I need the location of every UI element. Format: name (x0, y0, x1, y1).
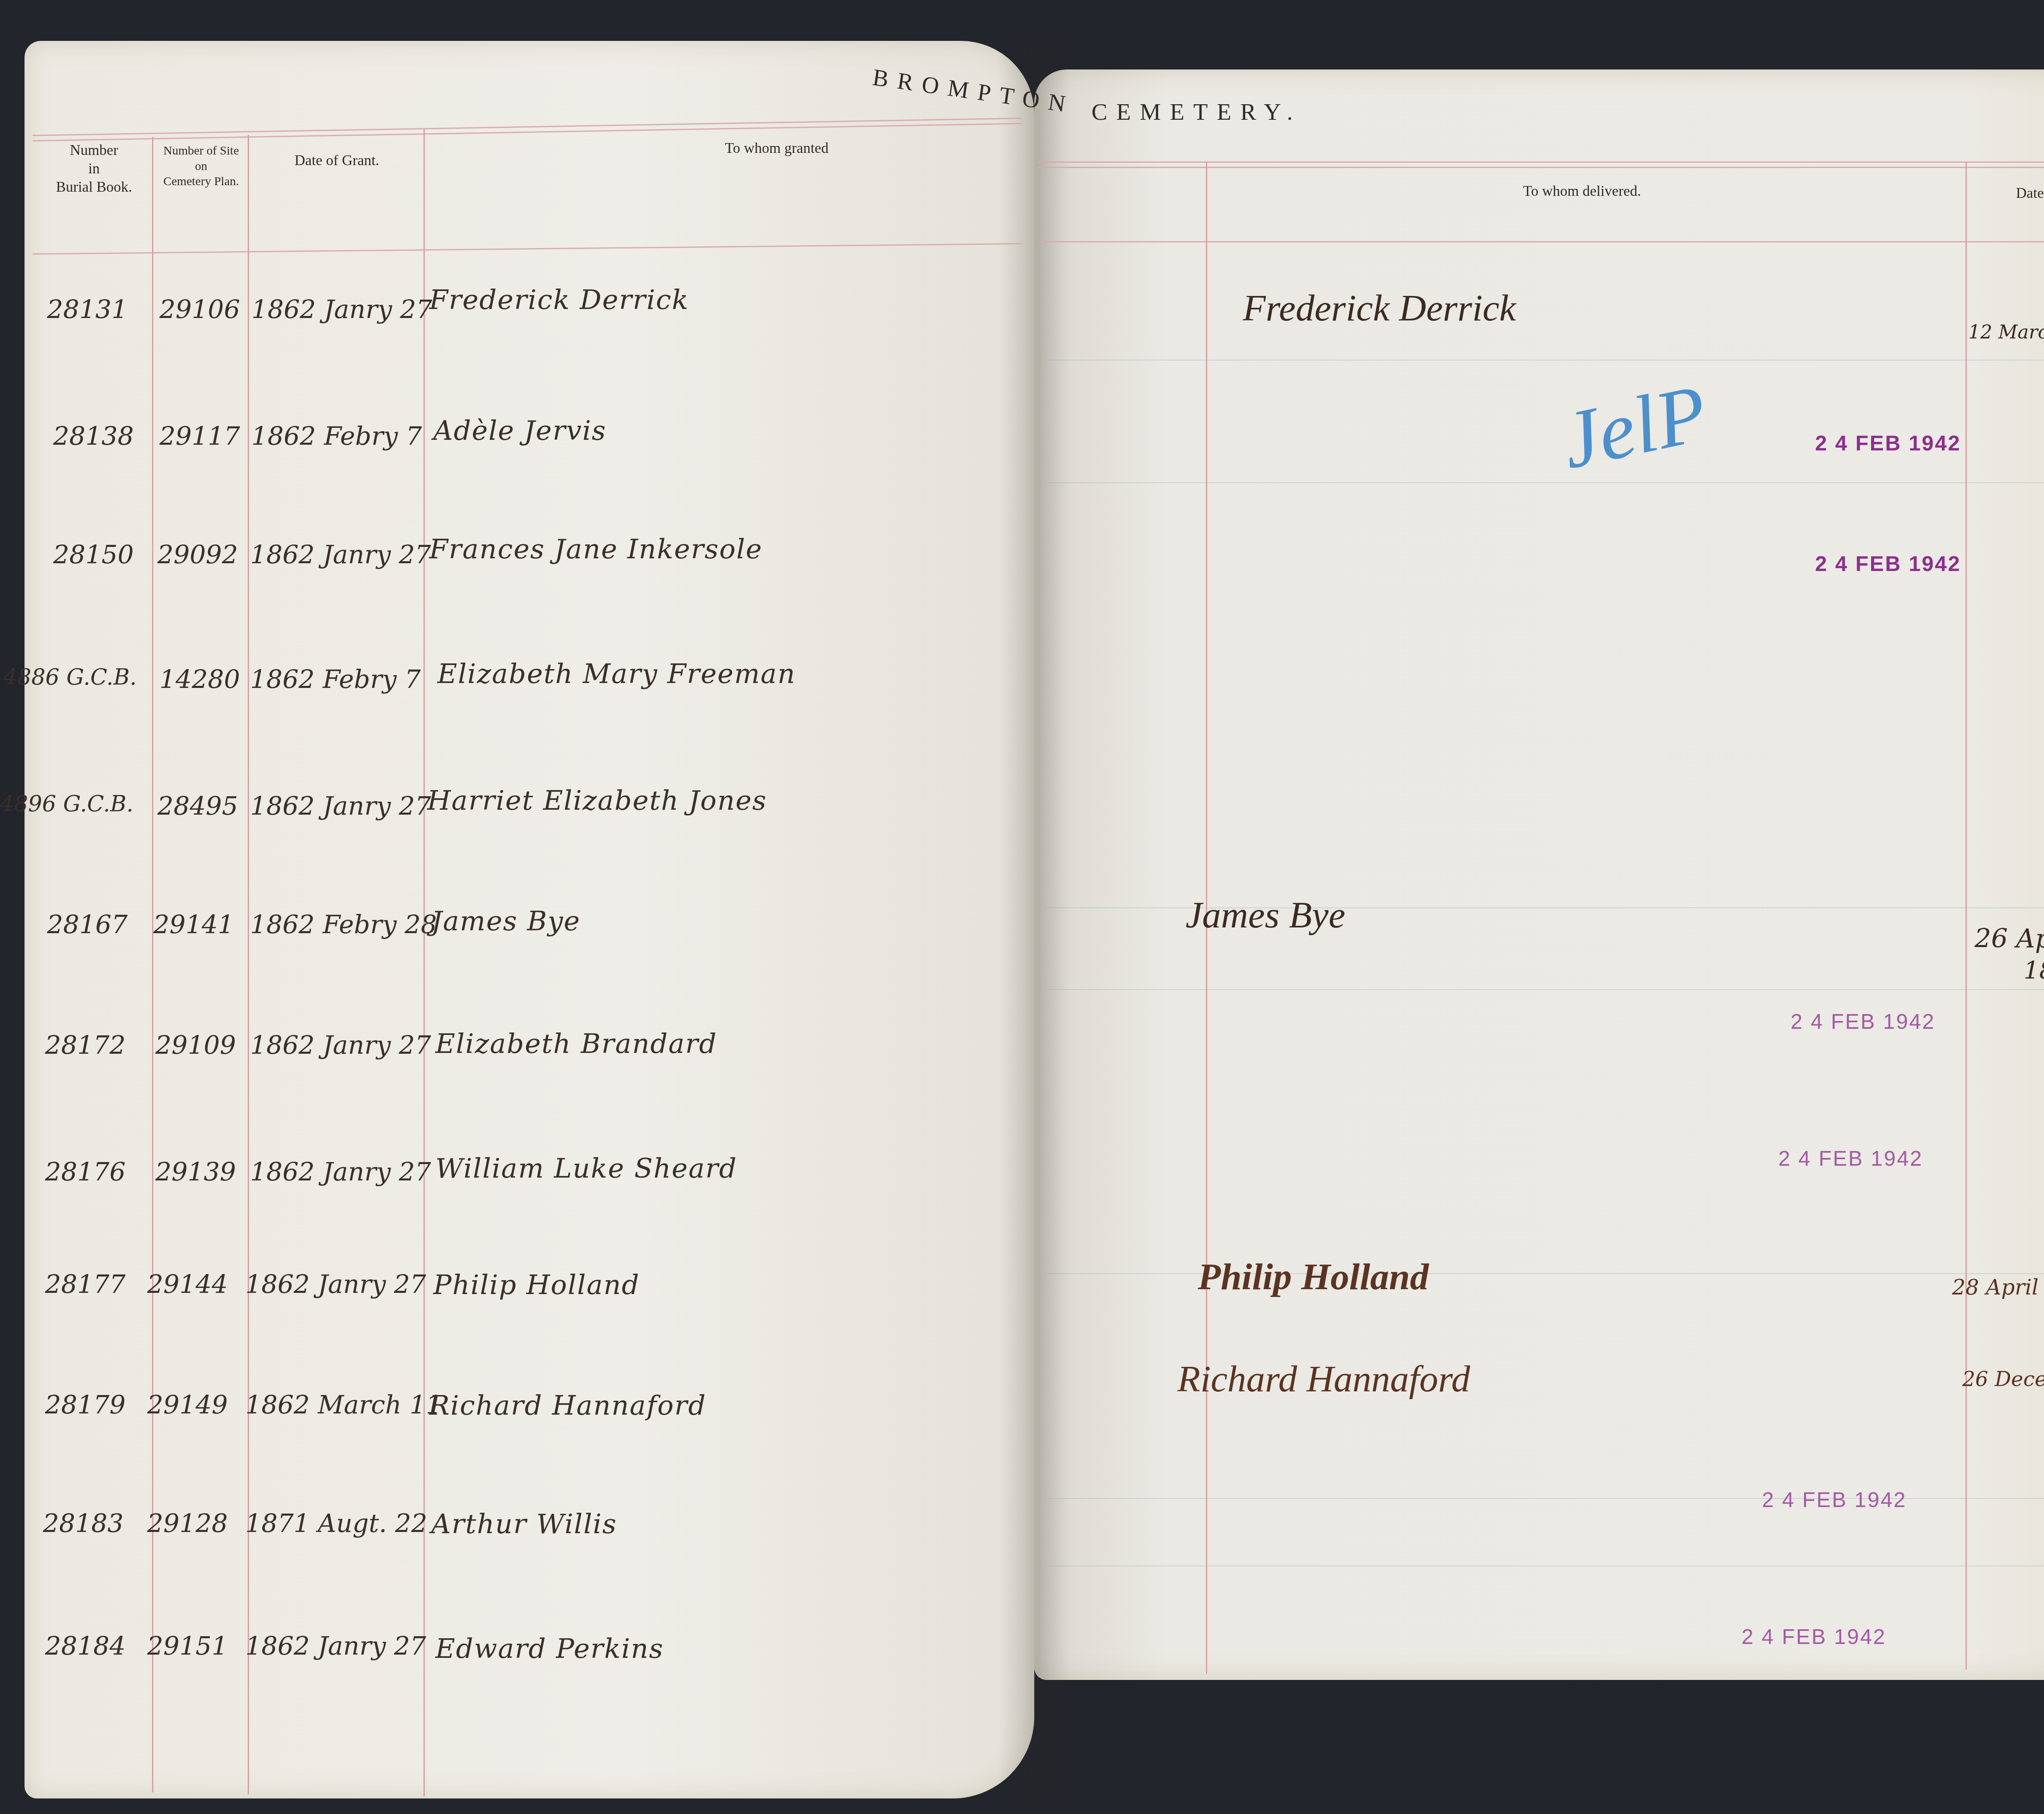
grant-date: 1862 Janry 27 (251, 294, 433, 324)
date-stamp: 2 4 FEB 1942 (1762, 1488, 1907, 1512)
grantee-name: James Bye (431, 905, 580, 937)
grant-date: 1862 Febry 7 (251, 421, 422, 451)
header-to-whom-delivered: To whom delivered. (1439, 182, 1725, 200)
header-line: on (155, 159, 248, 174)
grantee-name: William Luke Sheard (435, 1153, 737, 1184)
writing-line (1047, 482, 2044, 483)
grantee-name: Frederick Derrick (429, 284, 689, 316)
burial-number: 28183 (43, 1508, 123, 1538)
header-to-whom-granted: To whom granted (654, 139, 899, 157)
delivery-date: 28 April 1862 (1952, 1275, 2044, 1300)
recipient-signature: Richard Hannaford (1177, 1357, 1470, 1400)
delivery-date-line1: 26 April (1975, 924, 2044, 954)
header-line: in (37, 159, 151, 178)
burial-number: 28179 (45, 1390, 126, 1420)
grant-date: 1862 Janry 27 (245, 1631, 426, 1661)
site-number: 28495 (157, 791, 238, 821)
grantee-name: Philip Holland (433, 1269, 640, 1301)
site-number: 29144 (147, 1269, 228, 1299)
grant-date: 1862 Febry 7 (250, 664, 421, 694)
burial-number: 28131 (47, 294, 128, 324)
header-site-number: Number of Site on Cemetery Plan. (155, 143, 248, 189)
burial-number: 28177 (45, 1269, 126, 1299)
site-number: 14280 (159, 664, 240, 694)
header-date-of-grant: Date of Grant. (250, 151, 424, 170)
writing-line (1047, 989, 2044, 990)
header-line: Number of Site (155, 143, 248, 159)
col-divider-right-2 (1966, 161, 1967, 1670)
right-ledger-page (1034, 69, 2044, 1680)
grant-date: 1862 Janry 27 (250, 540, 431, 569)
grant-date: 1862 Febry 28 (250, 909, 437, 939)
recipient-signature: James Bye (1186, 893, 1345, 936)
date-stamp: 2 4 FEB 1942 (1741, 1625, 1886, 1649)
header-delivery-date: Date. (1970, 184, 2044, 202)
grant-date: 1862 Janry 27 (250, 1030, 431, 1060)
date-stamp: 2 4 FEB 1942 (1815, 431, 1961, 456)
writing-line (1047, 1273, 2044, 1274)
grant-date: 1862 Janry 27 (250, 791, 431, 821)
grantee-name: Elizabeth Brandard (435, 1028, 717, 1059)
burial-number: 28167 (47, 909, 128, 939)
date-stamp: 2 4 FEB 1942 (1791, 1010, 1935, 1034)
grantee-name: Frances Jane Inkersole (429, 533, 762, 565)
site-number: 29106 (159, 294, 240, 324)
site-number: 29128 (147, 1508, 228, 1538)
burial-number: 28150 (53, 540, 134, 569)
site-number: 29139 (155, 1157, 236, 1187)
header-line: Burial Book. (37, 178, 151, 196)
col-divider-1 (152, 137, 153, 1792)
site-number: 29117 (159, 421, 240, 451)
burial-number: 28184 (45, 1631, 126, 1661)
delivery-date-line2: 1862 (2024, 956, 2044, 985)
date-stamp: 2 4 FEB 1942 (1778, 1147, 1923, 1171)
grantee-name: Harriet Elizabeth Jones (427, 785, 767, 816)
recipient-signature: Philip Holland (1198, 1255, 1429, 1298)
site-number: 29149 (147, 1390, 228, 1420)
col-divider-3 (424, 129, 425, 1796)
site-number: 29151 (147, 1631, 228, 1661)
grantee-name: Adèle Jervis (433, 415, 606, 446)
grantee-name: Richard Hannaford (429, 1390, 706, 1421)
site-number: 29109 (155, 1030, 236, 1060)
header-top-rule-right (1038, 161, 2044, 168)
grant-date: 1862 March 11 (245, 1390, 442, 1420)
delivery-date: 26 December 62 (1962, 1367, 2044, 1391)
title-cemetery: CEMETERY. (1091, 98, 1302, 125)
burial-number: 28176 (45, 1157, 126, 1187)
burial-number: 28138 (53, 421, 134, 451)
header-line: Cemetery Plan. (155, 174, 248, 189)
site-number: 29141 (153, 909, 234, 939)
burial-number: 4886 G.C.B. (3, 664, 137, 690)
site-number: 29092 (157, 540, 238, 569)
grantee-name: Arthur Willis (431, 1508, 617, 1540)
header-bottom-rule-right (1038, 241, 2044, 242)
date-stamp: 2 4 FEB 1942 (1815, 552, 1961, 576)
recipient-signature: Frederick Derrick (1243, 286, 1516, 329)
burial-number: 28172 (45, 1030, 126, 1060)
header-burial-book-number: Number in Burial Book. (37, 141, 151, 196)
grant-date: 1871 Augt. 22 (245, 1508, 427, 1538)
grantee-name: Edward Perkins (435, 1633, 664, 1664)
header-line: Number (37, 141, 151, 159)
burial-number: 4896 G.C.B. (0, 791, 133, 817)
grantee-name: Elizabeth Mary Freeman (437, 658, 796, 690)
writing-line (1047, 1565, 2044, 1566)
grant-date: 1862 Janry 27 (250, 1157, 431, 1187)
grant-date: 1862 Janry 27 (245, 1269, 426, 1299)
col-divider-2 (248, 135, 249, 1794)
writing-line (1047, 360, 2044, 361)
delivery-date: 12 March 1866 (1968, 321, 2044, 343)
